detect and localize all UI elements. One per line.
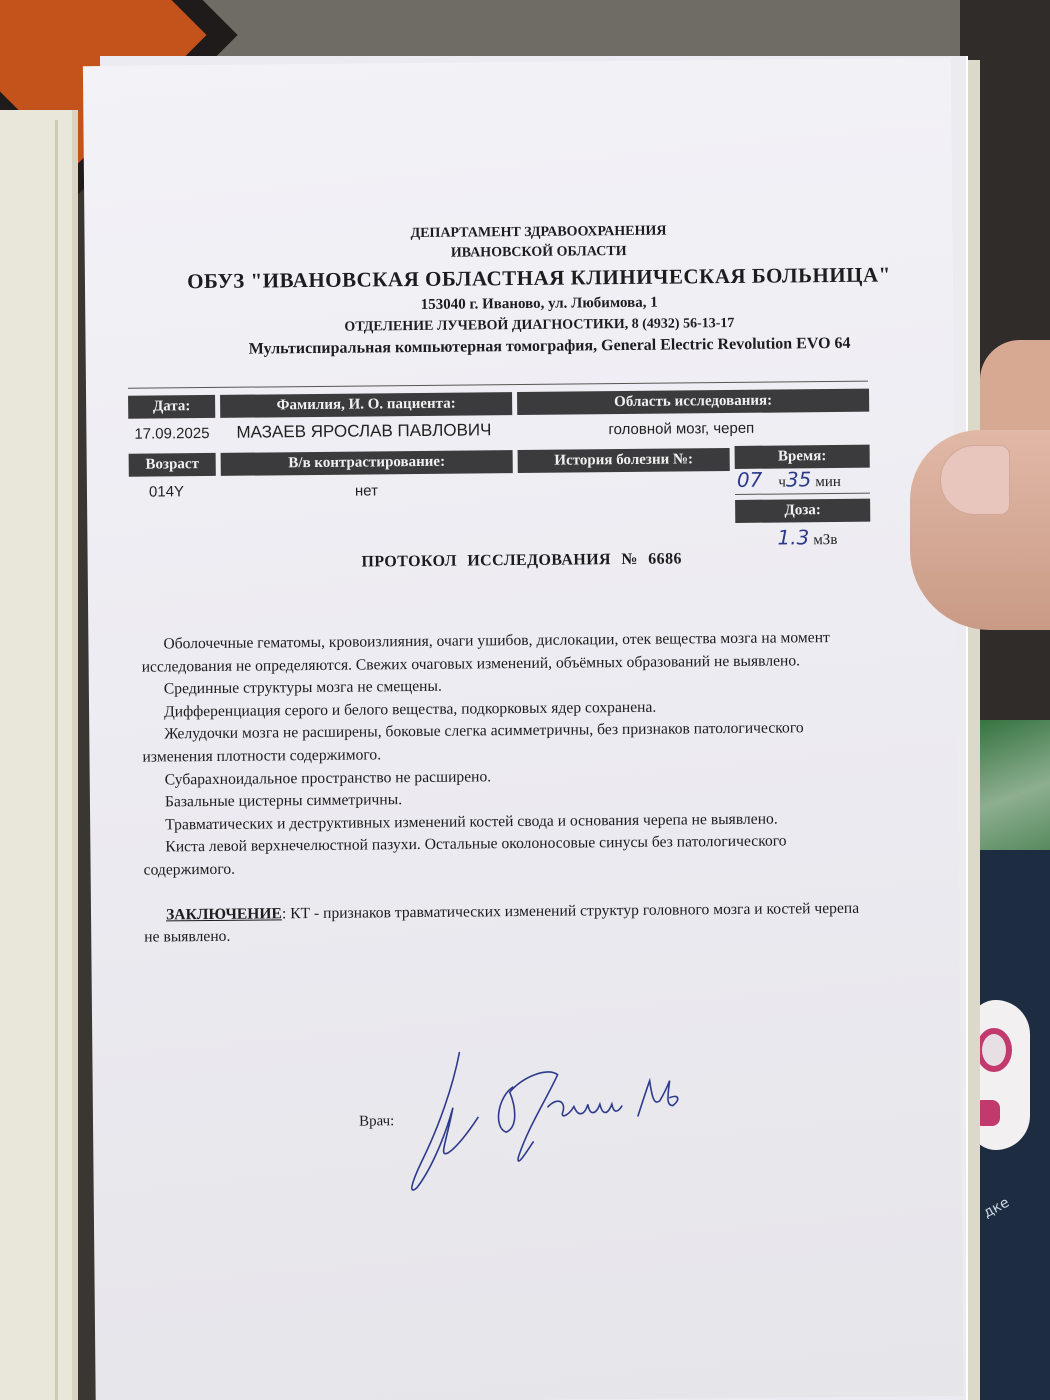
age-value: 014Y: [149, 483, 184, 500]
time-underline: [735, 493, 870, 495]
folder-spine: [55, 120, 58, 1400]
time-minutes: 35: [786, 467, 812, 491]
contrast-value: нет: [355, 482, 378, 499]
equipment-line: Мультиспиральная компьютерная томография…: [116, 334, 984, 360]
date-value: 17.09.2025: [134, 425, 209, 443]
doctor-label: Врач:: [359, 1113, 394, 1130]
ct-protocol-page: ДЕПАРТАМЕНТ ЗДРАВООХРАНЕНИЯ ИВАНОВСКОЙ О…: [83, 58, 964, 1400]
dose-value: 1.3 мЗв: [777, 525, 837, 550]
region-value: головной мозг, череп: [608, 420, 754, 438]
time-value: 07 ч35 мин: [737, 467, 869, 494]
time-minutes-unit: мин: [815, 474, 841, 490]
conclusion-label: ЗАКЛЮЧЕНИЕ: [166, 905, 282, 923]
finding-paragraph: Киста левой верхнечелюстной пазухи. Оста…: [143, 830, 871, 882]
date-label: Дата:: [128, 395, 215, 419]
dose-label: Доза:: [735, 499, 870, 523]
patient-name-value: МАЗАЕВ ЯРОСЛАВ ПАВЛОВИЧ: [236, 420, 491, 442]
time-hours-unit: ч: [778, 474, 786, 490]
signature-icon: [397, 1045, 688, 1198]
patient-label: Фамилия, И. О. пациента:: [220, 392, 512, 418]
time-hours: 07: [737, 468, 763, 492]
history-label: История болезни №:: [518, 448, 730, 473]
findings-text: Оболочечные гематомы, кровоизлияния, оча…: [141, 627, 872, 950]
dose-number: 1.3: [777, 525, 809, 549]
region-label: Область исследования:: [517, 389, 869, 415]
hospital-name: ОБУЗ "ИВАНОВСКАЯ ОБЛАСТНАЯ КЛИНИЧЕСКАЯ Б…: [105, 262, 973, 295]
conclusion: ЗАКЛЮЧЕНИЕ: КТ - признаков травматически…: [144, 897, 872, 949]
finding-paragraph: Желудочки мозга не расширены, боковые сл…: [142, 717, 870, 769]
contrast-label: В/в контрастирование:: [221, 450, 513, 476]
dose-unit: мЗв: [813, 532, 837, 548]
age-label: Возраст: [129, 453, 216, 477]
hospital-address: 153040 г. Иваново, ул. Любимова, 1: [105, 292, 973, 317]
protocol-title: ПРОТОКОЛ ИССЛЕДОВАНИЯ № 6686: [88, 548, 956, 574]
department-line-2: ИВАНОВСКОЙ ОБЛАСТИ: [105, 241, 973, 265]
time-label: Время:: [735, 445, 870, 469]
finding-paragraph: Оболочечные гематомы, кровоизлияния, оча…: [141, 627, 869, 679]
header-divider: [128, 381, 868, 389]
thumbnail: [940, 445, 1010, 515]
folder-left-cover: [0, 110, 78, 1400]
